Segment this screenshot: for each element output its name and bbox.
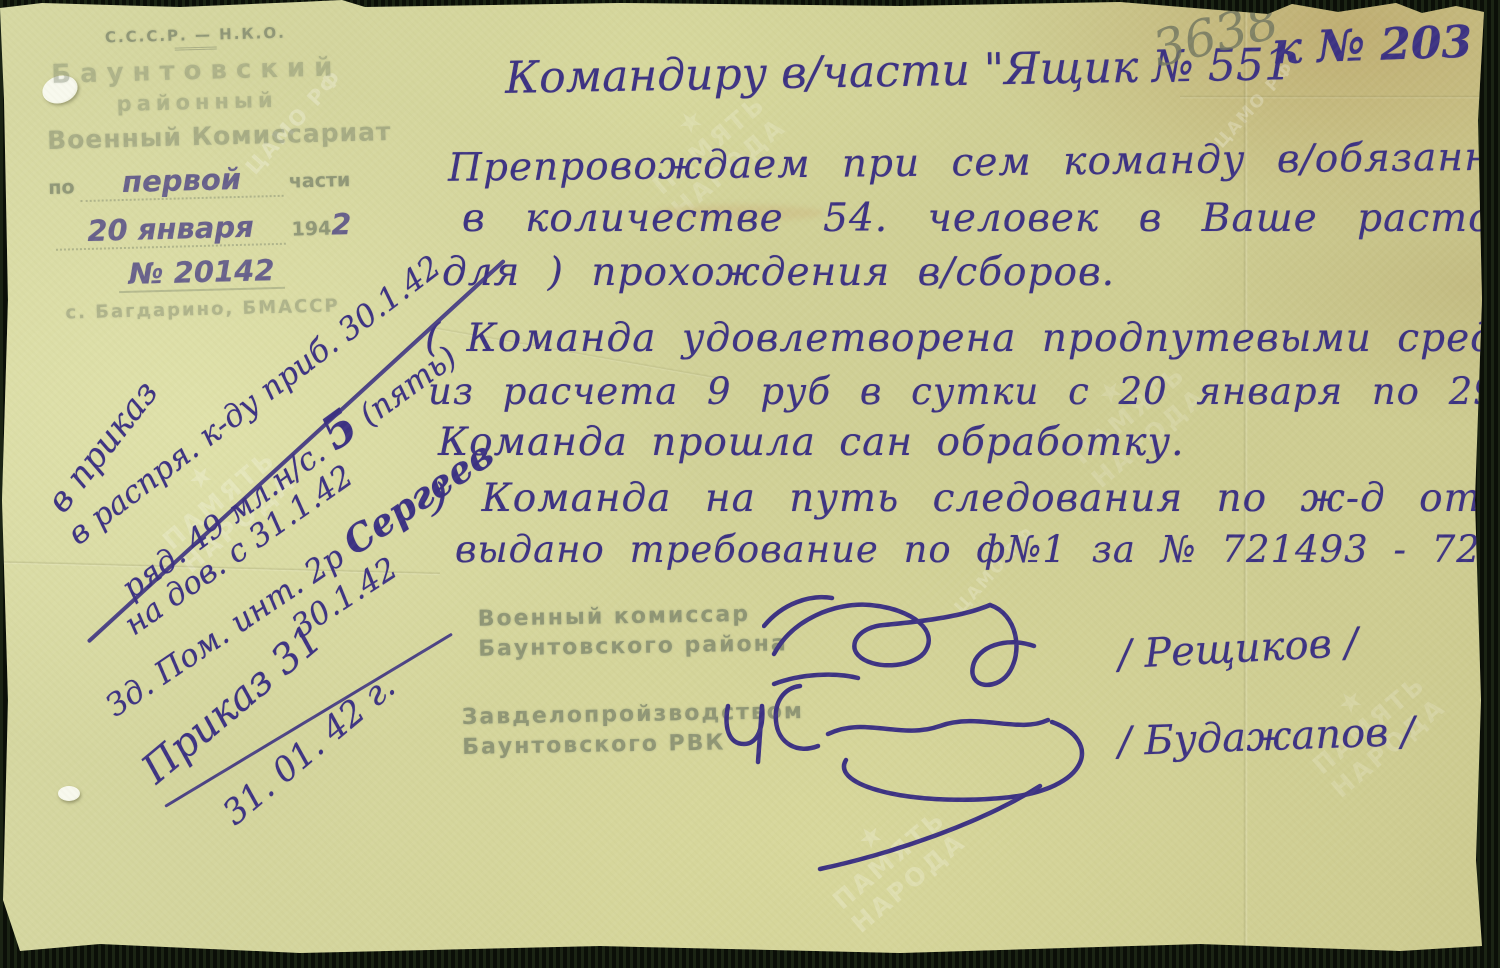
stamp-org-line2: районный [46,86,349,118]
scanned-document-page: { "colors": { "ink": "#3c3282", "pencil"… [0,0,1500,968]
fold-crease [1180,95,1480,99]
incoming-number: к № 203 [1271,17,1473,75]
letterhead-stamp: С.С.С.Р. — Н.К.О. Баунтовский районный В… [44,22,354,324]
body-line: в количестве 54. человек в Ваше расторяж… [462,196,1500,241]
document-paper: ★ ПАМЯТЬ НАРОДА ★ ПАМЯТЬ НАРОДА ★ ПАМЯТЬ… [0,0,1484,957]
stamp-divider [175,46,217,50]
body-line: из расчета 9 руб в сутки с 20 января по … [428,370,1500,413]
body-line: Препровождаем при сем команду в/обязанны… [448,134,1500,191]
body-line: ( Команда удовлетворена продпутевыми сре… [425,316,1500,361]
stamp-po-row: по первой части [48,159,351,203]
commissar-title-stamp: Военный комиссар Баунтовского района [478,599,788,664]
body-line: ) Команда на путь следования по ж-д от с… [432,476,1500,521]
po-label: по [48,176,75,199]
body-line: Команда прошла сан обработку. [438,420,1185,465]
chast-label: части [289,169,351,193]
punch-hole [58,786,80,801]
date-handwritten-value: 20 января [55,209,286,251]
year-handwritten: 2 [331,207,352,242]
stamp-date-row: 20 января 194 2 [49,207,352,251]
stamp-org-line1: Баунтовский [45,52,348,90]
outgoing-number: № 20142 [118,253,285,293]
stamp-org-line3: Военный Комиссариат [47,118,350,155]
stamp-header: С.С.С.Р. — Н.К.О. [44,22,346,48]
body-line: выдано требование по ф№1 за № 721493 - 7… [455,528,1500,571]
budazhapov-autograph [700,664,1160,878]
commissar-title-line2: Баунтовского района [478,629,788,664]
stamp-location: с. Багдарино, БМАССР [51,295,353,324]
year-printed: 194 [291,218,331,241]
body-line: для ) прохождения в/сборов. [442,250,1115,295]
po-handwritten-value: первой [80,161,283,202]
stamp-number-row: № 20142 [50,251,353,293]
